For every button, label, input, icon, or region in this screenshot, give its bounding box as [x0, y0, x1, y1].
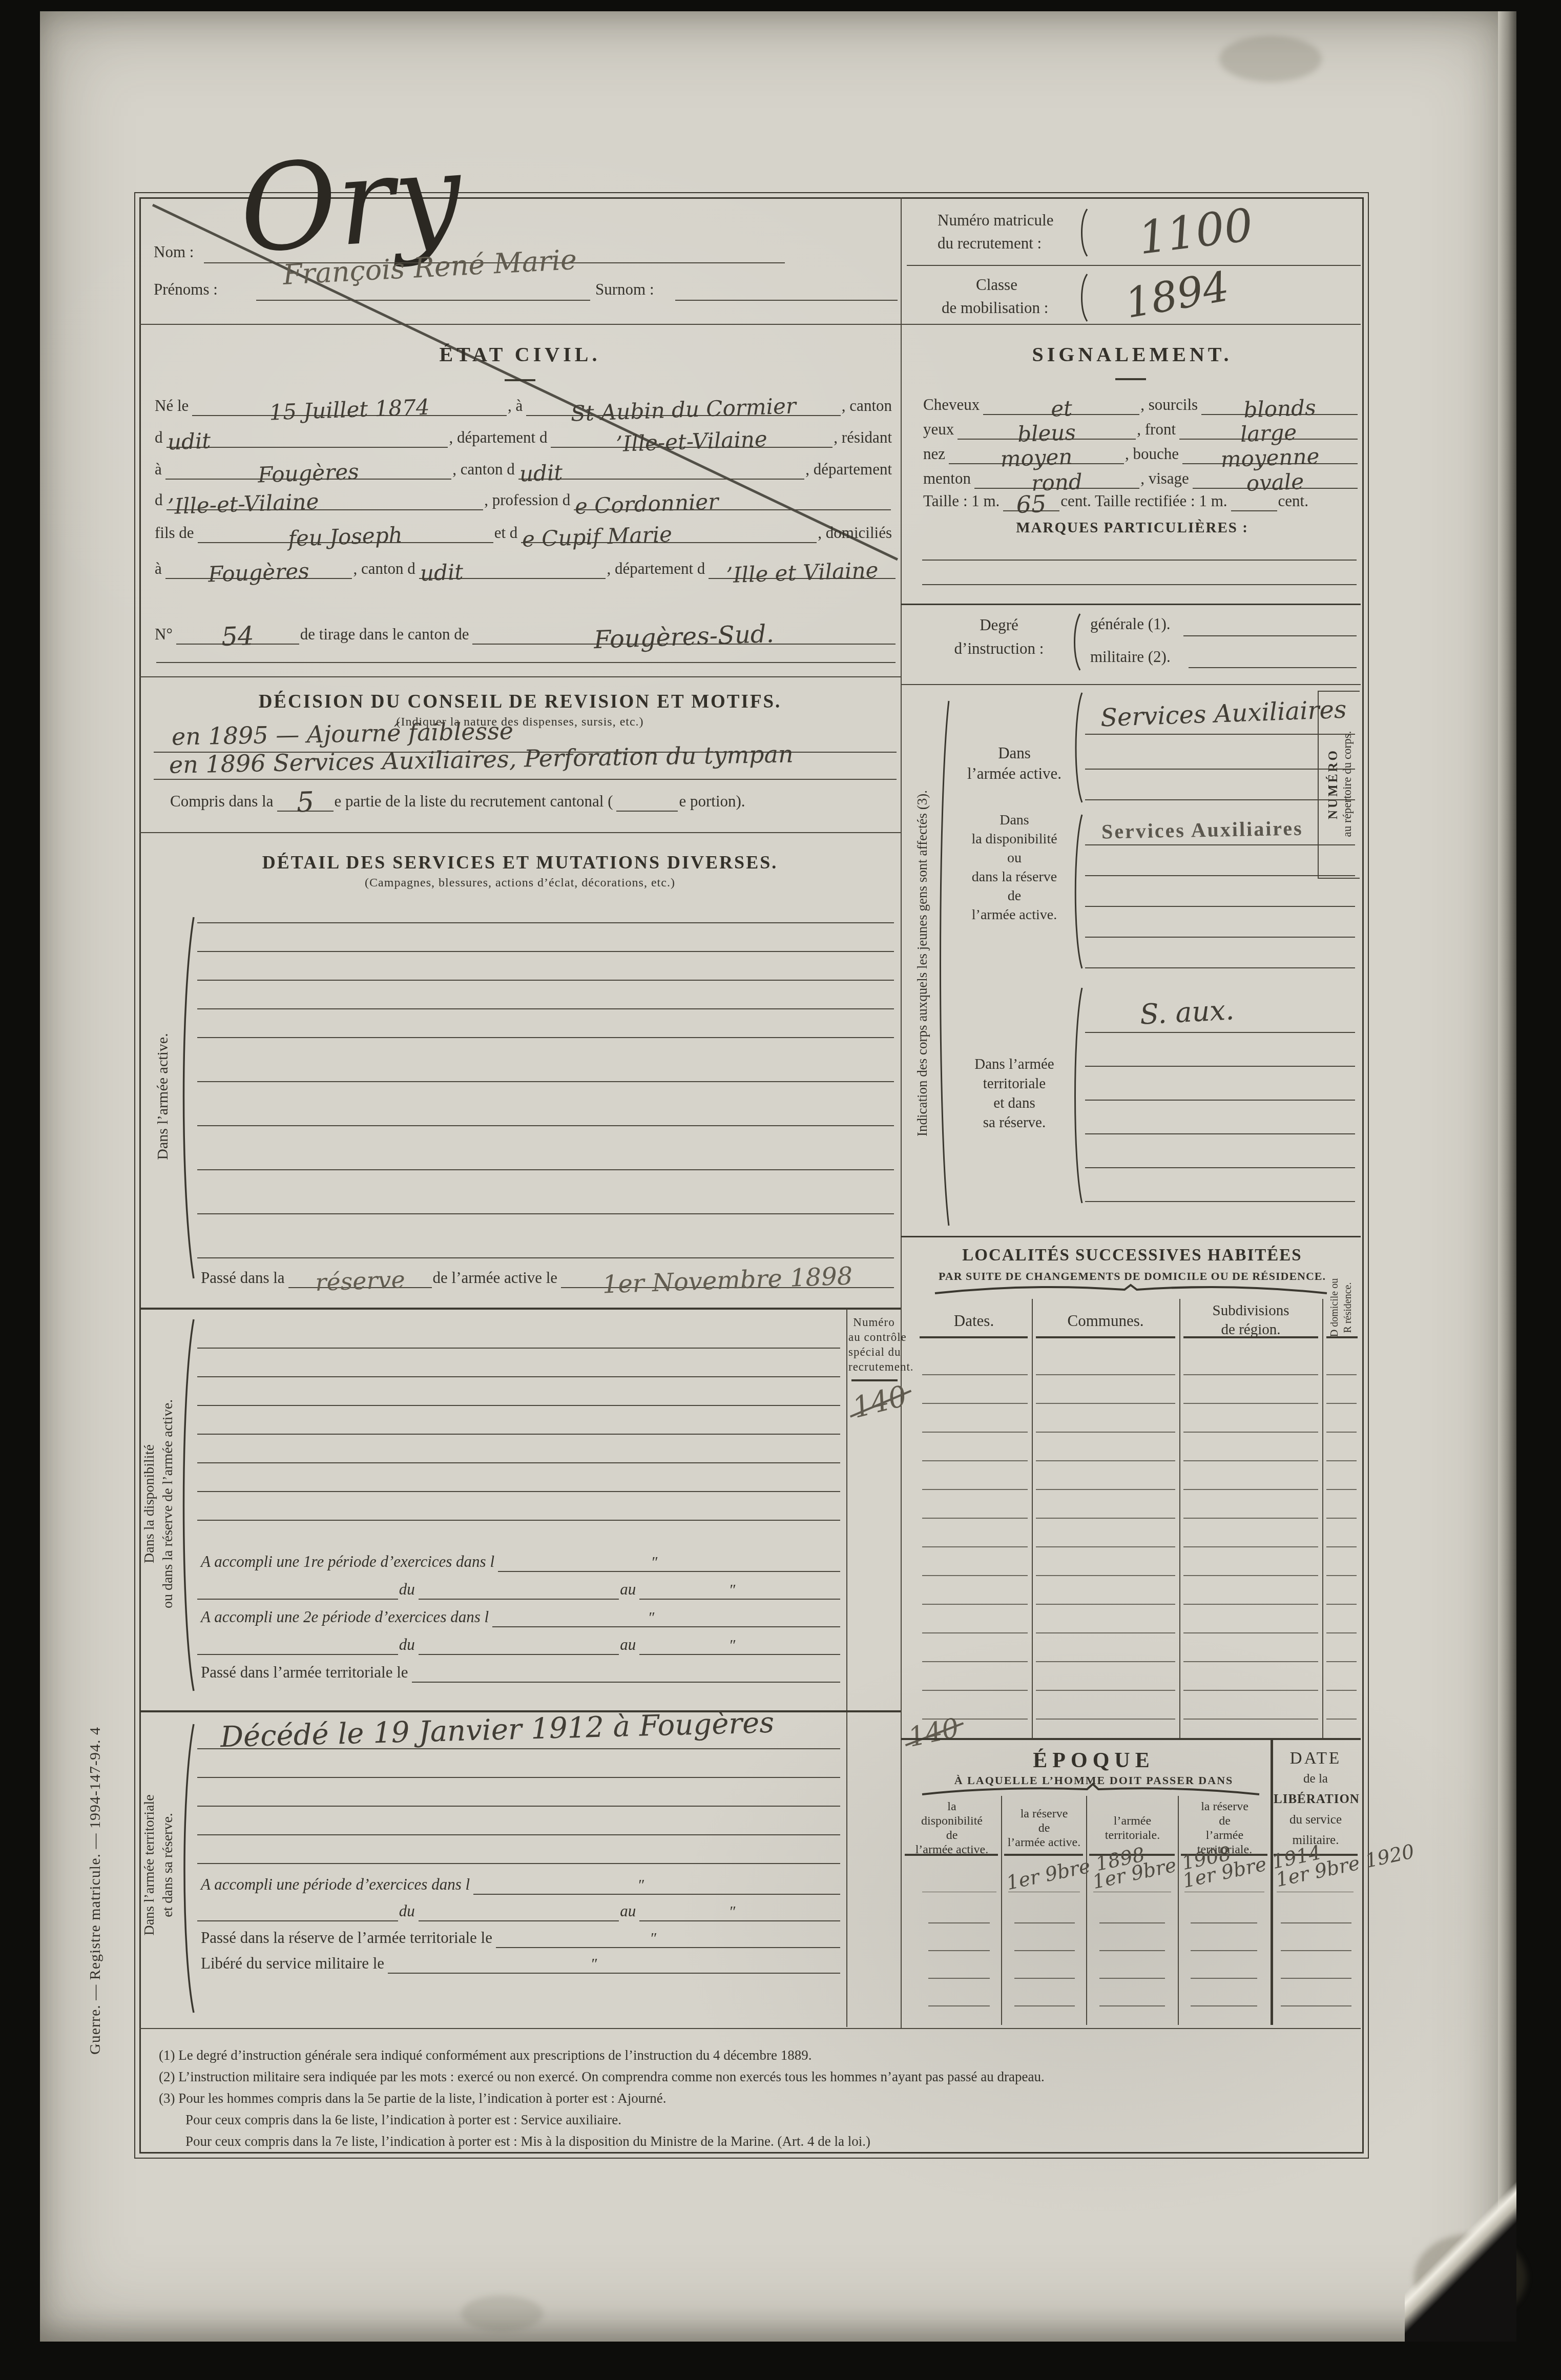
numero-repertoire-tick: [1318, 878, 1360, 879]
label-line: LIBÉRATION: [1274, 1789, 1358, 1810]
brace-disponibilite: [184, 1319, 194, 1691]
localites-col-dates: Dates.: [920, 1312, 1028, 1330]
epoque-col-divider: [1086, 1796, 1087, 2025]
section-divider-thick: [139, 1308, 901, 1310]
hw-value: 15 Juillet 1874: [269, 398, 430, 423]
epoque-blank-rows: [928, 1896, 990, 2006]
blank: Fougères-Sud.: [472, 644, 896, 645]
label-line: de: [1004, 1821, 1084, 1835]
blank: [197, 1654, 398, 1655]
service-line: [197, 1462, 840, 1463]
footnote-2: (2) L’instruction militaire sera indiqué…: [159, 2069, 1045, 2085]
localites-col-subdivisions: Subdivisions de région.: [1183, 1301, 1318, 1339]
brace-instruction: [1075, 614, 1080, 670]
service-line: [197, 1748, 840, 1749]
brace-corps-terr: [1075, 988, 1083, 1203]
printed: A accompli une 1re période d’exercices d…: [200, 1553, 498, 1572]
brace-armee-active: [184, 917, 194, 1278]
epoque-col-divider: [1178, 1796, 1179, 2025]
matricule-classe-divider: [907, 265, 1361, 266]
blank: moyen: [949, 463, 1124, 464]
label-line: la réserve: [1004, 1807, 1084, 1821]
blank: ″: [639, 1920, 840, 1921]
instruction-label-2: d’instruction :: [936, 639, 1062, 658]
corps-terr-label: Dans l’armée territoriale et dans sa rés…: [953, 1054, 1076, 1132]
printed: e partie de la liste du recrutement cant…: [334, 792, 617, 812]
printed: du: [398, 1636, 419, 1655]
printed: nez: [922, 445, 949, 464]
epoque-date-label: DATE de la LIBÉRATION du service militai…: [1274, 1748, 1358, 1851]
corps-line: [1085, 967, 1355, 968]
corps-line: [1085, 875, 1355, 876]
instruction-line: [1183, 635, 1357, 636]
signalement-row: menton rond , visage ovale: [922, 465, 1358, 489]
label-line: l’armée: [1181, 1828, 1268, 1843]
epoque-title: ÉPOQUE: [917, 1748, 1271, 1773]
disponibilite-vlabel: Dans la disponibilité ou dans la réserve…: [140, 1399, 177, 1608]
section-divider: [139, 676, 901, 677]
hw-value: Fougères-Sud.: [594, 623, 775, 651]
hw-value: e Cordonnier: [575, 492, 719, 516]
footnote-1: (1) Le degré d’instruction générale sera…: [159, 2047, 812, 2063]
service-line: [197, 1405, 840, 1406]
blank: feu Joseph: [198, 542, 493, 543]
epoque-value-line: [1093, 1892, 1171, 1892]
numero-repertoire-tick: [1318, 691, 1360, 692]
instruction-line: [1189, 667, 1357, 668]
service-line: [197, 1777, 840, 1778]
printed: Né le: [154, 397, 192, 416]
localites-header-rule: [1183, 1336, 1318, 1338]
blank: blonds: [1201, 414, 1358, 415]
epoque-col-divider: [1001, 1796, 1002, 2025]
printed: à: [154, 560, 165, 579]
decision-rule2: [154, 779, 897, 780]
signalement-dash: [1115, 378, 1146, 380]
blank: large: [1179, 439, 1358, 440]
territoriale-vlabel: Dans l’armée territoriale et dans sa rés…: [140, 1794, 177, 1935]
label-line: recrutement.: [848, 1359, 900, 1374]
hw-value: 65: [1016, 493, 1047, 515]
service-line: [197, 1169, 894, 1170]
label-line: de la: [1274, 1769, 1358, 1789]
printed: Compris dans la: [169, 792, 277, 812]
signalement-title: SIGNALEMENT.: [1004, 342, 1260, 366]
printed: de tirage dans le canton de: [299, 625, 473, 645]
service-line: [197, 1257, 894, 1258]
blank: ″: [639, 1654, 840, 1655]
ditto-mark: ″: [638, 1876, 645, 1894]
blank: ″: [496, 1947, 840, 1948]
label-line: Dans la disponibilité: [140, 1399, 159, 1608]
corps-line: [1085, 844, 1355, 845]
hw-value: udit: [167, 431, 211, 452]
epoque-subtitle: À LAQUELLE L’HOMME DOIT PASSER DANS: [917, 1774, 1271, 1787]
periode-terr-row: A accompli une période d’exercices dans …: [200, 1871, 840, 1895]
passe-reserve-row: Passé dans la réserve de l’armée active …: [200, 1264, 894, 1288]
label-line: la réserve: [1181, 1799, 1268, 1814]
section-divider: [139, 832, 901, 833]
label-line: ou dans la réserve de l’armée active.: [159, 1399, 177, 1608]
localites-rows-dates: [922, 1347, 1028, 1721]
prenoms-label: Prénoms :: [154, 280, 218, 299]
register-photo: Ory Nom : Prénoms : François René Marie …: [0, 0, 1561, 2380]
blank: 1er Novembre 1898: [561, 1287, 894, 1288]
printed: au: [619, 1636, 639, 1655]
instruction-bottom-divider: [901, 684, 1361, 685]
blank: Fougères: [165, 578, 352, 579]
blank: udit: [518, 479, 805, 480]
epoque-header-rule: [1004, 1854, 1083, 1856]
numero-controle-divider: [846, 1309, 847, 2027]
decision-line1: en 1895 — Ajourné faiblesse: [172, 720, 514, 748]
blank: ″: [388, 1973, 840, 1974]
service-line: [197, 980, 894, 981]
localites-subtitle: PAR SUITE DE CHANGEMENTS DE DOMICILE OU …: [917, 1270, 1347, 1283]
etat-civil-title: ÉTAT CIVIL.: [418, 342, 622, 366]
hw-value: e Cupif Marie: [522, 525, 673, 549]
localites-rows-communes: [1036, 1347, 1175, 1721]
label-line: Numéro: [848, 1315, 900, 1330]
localites-header-rule: [1326, 1336, 1358, 1338]
epoque-col3-label: l’armée territoriale.: [1089, 1814, 1176, 1843]
service-line: [197, 1008, 894, 1009]
epoque-col1-label: la disponibilité de l’armée active.: [905, 1799, 999, 1857]
etat-civil-row: à Fougères , canton d udit , département…: [154, 553, 896, 579]
epoque-value-line: [1184, 1892, 1264, 1892]
label-line: de: [1181, 1814, 1268, 1828]
printed: à: [154, 460, 165, 480]
libere-row: Libéré du service militaire le ″: [200, 1950, 840, 1974]
corps-line: [1085, 734, 1355, 735]
blank: udit: [166, 447, 448, 448]
localites-header-rule: [1036, 1336, 1175, 1338]
main-column-divider: [901, 197, 902, 2028]
printed: , à: [507, 397, 526, 416]
etat-civil-dash: [505, 379, 535, 381]
localites-col-communes: Communes.: [1036, 1312, 1175, 1330]
blank: [412, 1682, 840, 1683]
ditto-mark: ″: [730, 1637, 737, 1654]
services-subtitle: (Campagnes, blessures, actions d’éclat, …: [161, 876, 879, 890]
label-line: ou: [953, 848, 1076, 867]
blank: e Cupif Marie: [521, 542, 817, 543]
label-line: territoriale.: [1089, 1828, 1176, 1843]
printed: Passé dans la: [200, 1269, 288, 1288]
hw-value: ’Ille-et-Vilaine: [167, 492, 319, 516]
epoque-value-line: [922, 1892, 996, 1892]
hw-value: feu Joseph: [288, 525, 403, 549]
corps-left-vlabel: Indication des corps auxquels les jeunes…: [914, 790, 930, 1136]
signalement-row: nez moyen , bouche moyenne: [922, 441, 1358, 464]
hw-value: udit: [519, 463, 563, 484]
hw-value: Fougères: [258, 462, 360, 485]
matricule-value: 1100: [1136, 204, 1255, 259]
armee-active-vlabel: Dans l’armée active.: [154, 1033, 172, 1160]
corps-line: [1085, 1066, 1355, 1067]
surnom-line: [675, 300, 898, 301]
label-line: et dans sa réserve.: [159, 1794, 177, 1935]
label-line: de: [953, 886, 1076, 905]
epoque-col2-label: la réserve de l’armée active.: [1004, 1807, 1084, 1850]
epoque-value-line: [1277, 1892, 1354, 1892]
brace-corps-dispo: [1075, 815, 1082, 968]
blank: [616, 811, 678, 812]
corps-line: [1085, 799, 1355, 800]
printed: , département: [804, 460, 896, 480]
label-line: l’armée: [1089, 1814, 1176, 1828]
label-line: l’armée active.: [1004, 1835, 1084, 1850]
label-line: DATE: [1274, 1748, 1358, 1769]
page-curl: [1405, 2177, 1516, 2342]
brace-territoriale: [184, 1724, 194, 2013]
name-flourish: Ory: [236, 142, 465, 264]
printed: , front: [1136, 420, 1179, 440]
service-line: [197, 1376, 840, 1377]
service-line: [197, 951, 894, 952]
epoque-value-line: [1008, 1892, 1080, 1892]
classe-label-1: Classe: [976, 276, 1017, 294]
corps-active-label-2: l’armée active.: [961, 764, 1068, 783]
hw-value: 5: [296, 790, 314, 816]
service-line: [197, 1806, 840, 1807]
ditto-mark: ″: [591, 1955, 598, 1973]
corps-dispo-stamp: Services Auxiliaires: [1101, 816, 1303, 844]
numero-controle-rule: [851, 1379, 898, 1381]
epoque-header-rule: [905, 1854, 998, 1856]
label-line: dans la réserve: [953, 867, 1076, 886]
label-line: Subdivisions: [1183, 1301, 1318, 1320]
ditto-mark: ″: [652, 1554, 659, 1571]
matricule-label-2: du recrutement :: [938, 234, 1042, 253]
printed: d: [154, 491, 166, 510]
brace-classe: [1082, 274, 1088, 321]
label-line: spécial du: [848, 1344, 900, 1359]
printed: N°: [154, 625, 176, 645]
service-line: [197, 1081, 894, 1082]
label-line: et dans: [953, 1093, 1076, 1113]
label-line: NUMÉRO: [1326, 731, 1341, 837]
label-line: Dans: [953, 811, 1076, 830]
localites-header-rule: [920, 1336, 1028, 1338]
blank: [197, 1920, 398, 1921]
localites-col-divider: [1179, 1299, 1180, 1738]
ditto-mark: ″: [730, 1903, 737, 1920]
decision-title: DÉCISION DU CONSEIL DE REVISION ET MOTIF…: [161, 691, 879, 713]
etat-civil-row: à Fougères , canton d udit , département: [154, 454, 896, 480]
brace-matricule: [1082, 209, 1088, 256]
printed: Taille : 1 m.: [922, 492, 1003, 511]
printed: , canton d: [352, 560, 419, 579]
hw-value: ’Ille-et-Vilaine: [616, 429, 768, 454]
printed: , canton: [841, 397, 896, 416]
margin-imprint: Guerre. — Registre matricule. — 1994-147…: [87, 1727, 104, 2055]
label-line: au contrôle: [848, 1330, 900, 1344]
signalement-row: Cheveux et , sourcils blonds: [922, 391, 1358, 415]
label-line: du service: [1274, 1810, 1358, 1830]
header-bottom-divider: [139, 324, 1361, 325]
label-line: l’armée active.: [953, 905, 1076, 924]
matricule-label-1: Numéro matricule: [938, 211, 1053, 230]
blank: ’Ille-et-Vilaine: [551, 447, 832, 448]
localites-col-divider: [1032, 1299, 1033, 1738]
service-line: [197, 922, 894, 923]
blank: ’Ille-et-Vilaine: [166, 509, 484, 510]
corps-line: [1085, 1167, 1355, 1168]
corps-line: [1085, 906, 1355, 907]
printed: Passé dans l’armée territoriale le: [200, 1663, 412, 1683]
du-au-row: du au ″: [197, 1631, 840, 1655]
blank: 54: [176, 644, 299, 645]
periode2-row: A accompli une 2e période d’exercices da…: [200, 1604, 840, 1627]
printed: Libéré du service militaire le: [200, 1954, 388, 1974]
periode1-row: A accompli une 1re période d’exercices d…: [200, 1548, 840, 1572]
label-line: sa réserve.: [953, 1113, 1076, 1132]
hw-value: Fougères: [208, 562, 310, 585]
marques-label: MARQUES PARTICULIÈRES :: [953, 520, 1312, 536]
printed: A accompli une période d’exercices dans …: [200, 1875, 473, 1895]
label-line: territoriale: [953, 1074, 1076, 1093]
service-line: [197, 1125, 894, 1126]
taille-row: Taille : 1 m. 65 cent. Taille rectifiée …: [922, 488, 1358, 511]
blank: réserve: [288, 1287, 432, 1288]
blank: bleus: [958, 439, 1136, 440]
section-divider-thick: [139, 1710, 901, 1712]
label-line: la disponibilité: [953, 830, 1076, 848]
label-line: au répertoire du corps.: [1341, 731, 1354, 837]
localites-title: LOCALITÉS SUCCESSIVES HABITÉES: [917, 1246, 1347, 1265]
prenoms-line: [256, 300, 590, 301]
printed: , domiciliés: [817, 524, 896, 543]
printed: Cheveux: [922, 396, 983, 415]
printed: , canton d: [451, 460, 518, 480]
passe-territoriale-row: Passé dans l’armée territoriale le: [200, 1659, 840, 1683]
printed: , profession d: [483, 491, 574, 510]
numero-controle-label: Numéro au contrôle spécial du recrutemen…: [848, 1315, 900, 1374]
printed: du: [398, 1902, 419, 1921]
hw-value: 1er Novembre 1898: [602, 1265, 853, 1296]
hw-value: ’Ille et Vilaine: [726, 561, 879, 585]
corps-line: [1085, 769, 1355, 770]
service-line: [197, 1037, 894, 1038]
blank: 65: [1003, 510, 1059, 511]
blank: ″: [639, 1599, 840, 1600]
printed: d: [154, 428, 166, 448]
footnotes-top-divider: [139, 2028, 1361, 2029]
blank: moyenne: [1182, 463, 1358, 464]
epoque-blank-rows: [1281, 1896, 1351, 2006]
printed: de l’armée active le: [432, 1269, 561, 1288]
printed: Passé dans la réserve de l’armée territo…: [200, 1929, 496, 1948]
blank: [419, 1599, 619, 1600]
blank-line: [156, 662, 896, 663]
corps-line: [1085, 937, 1355, 938]
blank: [419, 1920, 619, 1921]
corps-terr-value: S. aux.: [1139, 998, 1235, 1027]
ditto-mark: ″: [730, 1581, 737, 1599]
brace-corps-active: [1076, 693, 1082, 802]
corps-line: [1085, 1100, 1355, 1101]
surnom-label: Surnom :: [595, 280, 654, 299]
instruction-generale: générale (1).: [1090, 615, 1171, 633]
footnote-3: (3) Pour les hommes compris dans la 5e p…: [159, 2091, 667, 2106]
blank: Fougères: [165, 479, 452, 480]
tirage-row: N° 54 de tirage dans le canton de Fougèr…: [154, 619, 896, 645]
printed: [891, 509, 896, 510]
label-line: disponibilité: [905, 1814, 999, 1828]
blank: ’Ille et Vilaine: [709, 578, 896, 579]
blank: St Aubin du Cormier: [526, 415, 841, 416]
label-line: D domicile ou: [1328, 1278, 1341, 1337]
brace-corps: [941, 701, 949, 1226]
localites-rows-subdivisions: [1183, 1347, 1318, 1721]
corps-active-value: Services Auxiliaires: [1100, 699, 1347, 730]
marques-line: [922, 584, 1357, 585]
label-line: la: [905, 1799, 999, 1814]
signalement-row: yeux bleus , front large: [922, 416, 1358, 440]
services-title: DÉTAIL DES SERVICES ET MUTATIONS DIVERSE…: [161, 852, 879, 873]
passe-reserve-terr-row: Passé dans la réserve de l’armée territo…: [200, 1924, 840, 1948]
localites-rows-dr: [1326, 1347, 1357, 1721]
ink-strokes: [0, 0, 1561, 2380]
label-line: Dans l’armée: [953, 1054, 1076, 1074]
printed: cent. Taille rectifiée : 1 m.: [1059, 492, 1231, 511]
printed: fils de: [154, 524, 198, 543]
printed: , sourcils: [1139, 396, 1201, 415]
corps-dispo-label: Dans la disponibilité ou dans la réserve…: [953, 811, 1076, 924]
blank: [1231, 510, 1277, 511]
printed: , résidant: [832, 428, 896, 448]
corps-line: [1085, 1032, 1355, 1033]
blank: et: [983, 414, 1139, 415]
localites-col-divider: [1322, 1299, 1323, 1738]
epoque-top-divider: [901, 1738, 1361, 1740]
instruction-militaire: militaire (2).: [1090, 648, 1171, 666]
blank: 15 Juillet 1874: [192, 415, 507, 416]
service-line: [197, 1520, 840, 1521]
epoque-blank-rows: [1191, 1896, 1257, 2006]
printed: , département d: [448, 428, 551, 448]
printed: du: [398, 1580, 419, 1600]
du-au-row: du au ″: [197, 1576, 840, 1600]
service-line: [197, 1348, 840, 1349]
blank: e Cordonnier: [574, 509, 891, 510]
label-line: R résidence.: [1341, 1278, 1355, 1337]
printed: au: [619, 1580, 639, 1600]
printed: menton: [922, 469, 974, 489]
blank: [419, 1654, 619, 1655]
printed: et d: [493, 524, 522, 543]
printed: e portion).: [678, 792, 748, 812]
corps-bottom-divider: [901, 1236, 1361, 1237]
etat-civil-row: d udit , département d ’Ille-et-Vilaine …: [154, 422, 896, 448]
hw-value: udit: [420, 563, 464, 584]
epoque-blank-rows: [1099, 1896, 1165, 2006]
label-line: de: [905, 1828, 999, 1843]
hw-value: réserve: [315, 1269, 405, 1293]
blank: udit: [419, 578, 606, 579]
numero-repertoire-vlabel: NUMÉRO au répertoire du corps.: [1326, 731, 1354, 837]
blank: [197, 1599, 398, 1600]
ditto-mark: ″: [649, 1609, 656, 1626]
compris-row: Compris dans la 5 e partie de la liste d…: [169, 788, 845, 812]
instruction-label-1: Degré: [948, 616, 1050, 634]
blank: ″: [473, 1894, 840, 1895]
printed: , département d: [606, 560, 709, 579]
etat-civil-row: Né le 15 Juillet 1874 , à St Aubin du Co…: [154, 390, 896, 416]
footnote-4: Pour ceux compris dans la 6e liste, l’in…: [185, 2112, 621, 2128]
service-line: [197, 1863, 840, 1864]
